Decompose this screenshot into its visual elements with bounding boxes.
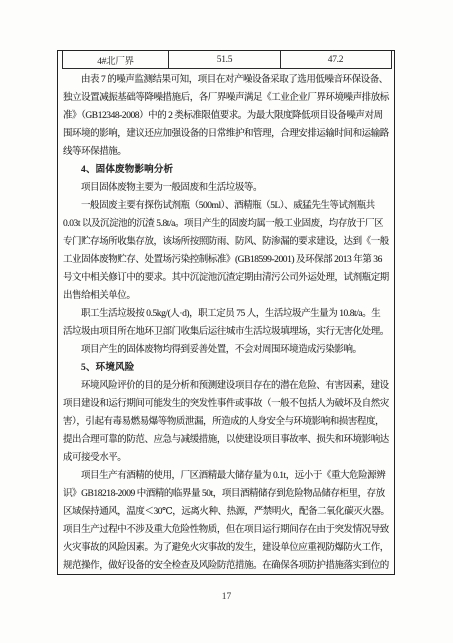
text-line: 项目建设和运行期间可能发生的突发性事件或事故（一般不包括人为破坏及自然灾 xyxy=(63,395,392,413)
document-body-text: 由表 7 的噪声监测结果可知，项目在对产噪设备采取了选用低噪音环保设备、 独立设… xyxy=(58,69,394,575)
text-line: 准》（GB12348-2008）中的 2 类标准限值要求。为最大限度降低项目设备… xyxy=(63,107,392,125)
text-line: 环境风险评价的目的是分析和预测建设项目存在的潜在危险、有害因素，建设 xyxy=(63,377,392,395)
page-number: 17 xyxy=(0,592,453,602)
text-line: 活垃圾由项目所在地环卫部门收集后运往城市生活垃圾填埋场，实行无害化处理。 xyxy=(63,323,392,341)
noise-table-cell-site: 4#北厂界 xyxy=(63,51,168,68)
text-line: 线等环保措施。 xyxy=(63,143,392,161)
text-line: 号文中相关修订中的要求。其中沉淀池沉渣定期由清污公司外运处理，试剂瓶定期 xyxy=(63,269,392,287)
text-line: 0.03t 以及沉淀池的沉渣 5.8t/a。项目产生的固废均属一般工业固废，均存… xyxy=(63,215,392,233)
noise-table-cell-value-1: 51.5 xyxy=(168,51,280,68)
noise-table-row: 4#北厂界 51.5 47.2 xyxy=(62,51,392,69)
text-line: 项目固体废物主要为一般固废和生活垃圾等。 xyxy=(63,179,392,197)
text-line: 害），引起有毒易燃易爆等物质泄漏，所造成的人身安全与环境影响和损害程度， xyxy=(63,413,392,431)
text-line: 一般固废主要有探伤试剂瓶（500ml）、酒精瓶（5L）、威猛先生等试剂瓶共 xyxy=(63,197,392,215)
text-line: 出售给相关单位。 xyxy=(63,287,392,305)
text-line: 独立设置减振基础等降噪措施后，各厂界噪声满足《工业企业厂界环境噪声排放标 xyxy=(63,89,392,107)
text-line: 区域保持通风，温度＜30℃，远离火种、热源，严禁明火，配备二氧化碳灭火器。 xyxy=(63,503,392,521)
text-line: 围环境的影响，建议还应加强设备的日常维护和管理，合理安排运输时间和运输路 xyxy=(63,125,392,143)
text-line: 职工生活垃圾按 0.5kg/(人·d)，职工定员 75 人，生活垃圾产生量为 1… xyxy=(63,305,392,323)
text-line: 项目产生的固体废物均得到妥善处置，不会对周围环境造成污染影响。 xyxy=(63,341,392,359)
section-heading-solid-waste: 4、固体废物影响分析 xyxy=(63,161,392,179)
text-line: 提出合理可靠的防范、应急与减缓措施，以使建设项目事故率、损失和环境影响达 xyxy=(63,431,392,449)
text-line: 项目生产有酒精的使用，厂区酒精最大储存量为 0.1t，远小于《重大危险源辨 xyxy=(63,467,392,485)
text-line: 由表 7 的噪声监测结果可知，项目在对产噪设备采取了选用低噪音环保设备、 xyxy=(63,71,392,89)
text-line: 规范操作，做好设备的安全检查及风险防范措施。在确保各项防护措施落实到位的 xyxy=(63,557,392,575)
text-line: 专门贮存场所收集存放，该场所按照防雨、防风、防渗漏的要求建设，达到《一般 xyxy=(63,233,392,251)
document-frame: 4#北厂界 51.5 47.2 由表 7 的噪声监测结果可知，项目在对产噪设备采… xyxy=(57,50,395,575)
report-page: { "page": { "number": "17" }, "noise_tab… xyxy=(0,0,453,643)
text-line: 识》GB18218-2009 中酒精的临界量 50t，项目酒精储存到危险物品储存… xyxy=(63,485,392,503)
noise-table-cell-value-2: 47.2 xyxy=(280,51,390,68)
text-line: 成可接受水平。 xyxy=(63,449,392,467)
section-heading-environmental-risk: 5、环境风险 xyxy=(63,359,392,377)
text-line: 项目生产过程中不涉及重大危险性物质，但在项目运行期间存在由于突发情况导致 xyxy=(63,521,392,539)
text-line: 火灾事故的风险因素。为了避免火灾事故的发生，建设单位应重视防爆防火工作， xyxy=(63,539,392,557)
text-line: 工业固体废物贮存、处置场污染控制标准》(GB18599-2001) 及环保部 2… xyxy=(63,251,392,269)
